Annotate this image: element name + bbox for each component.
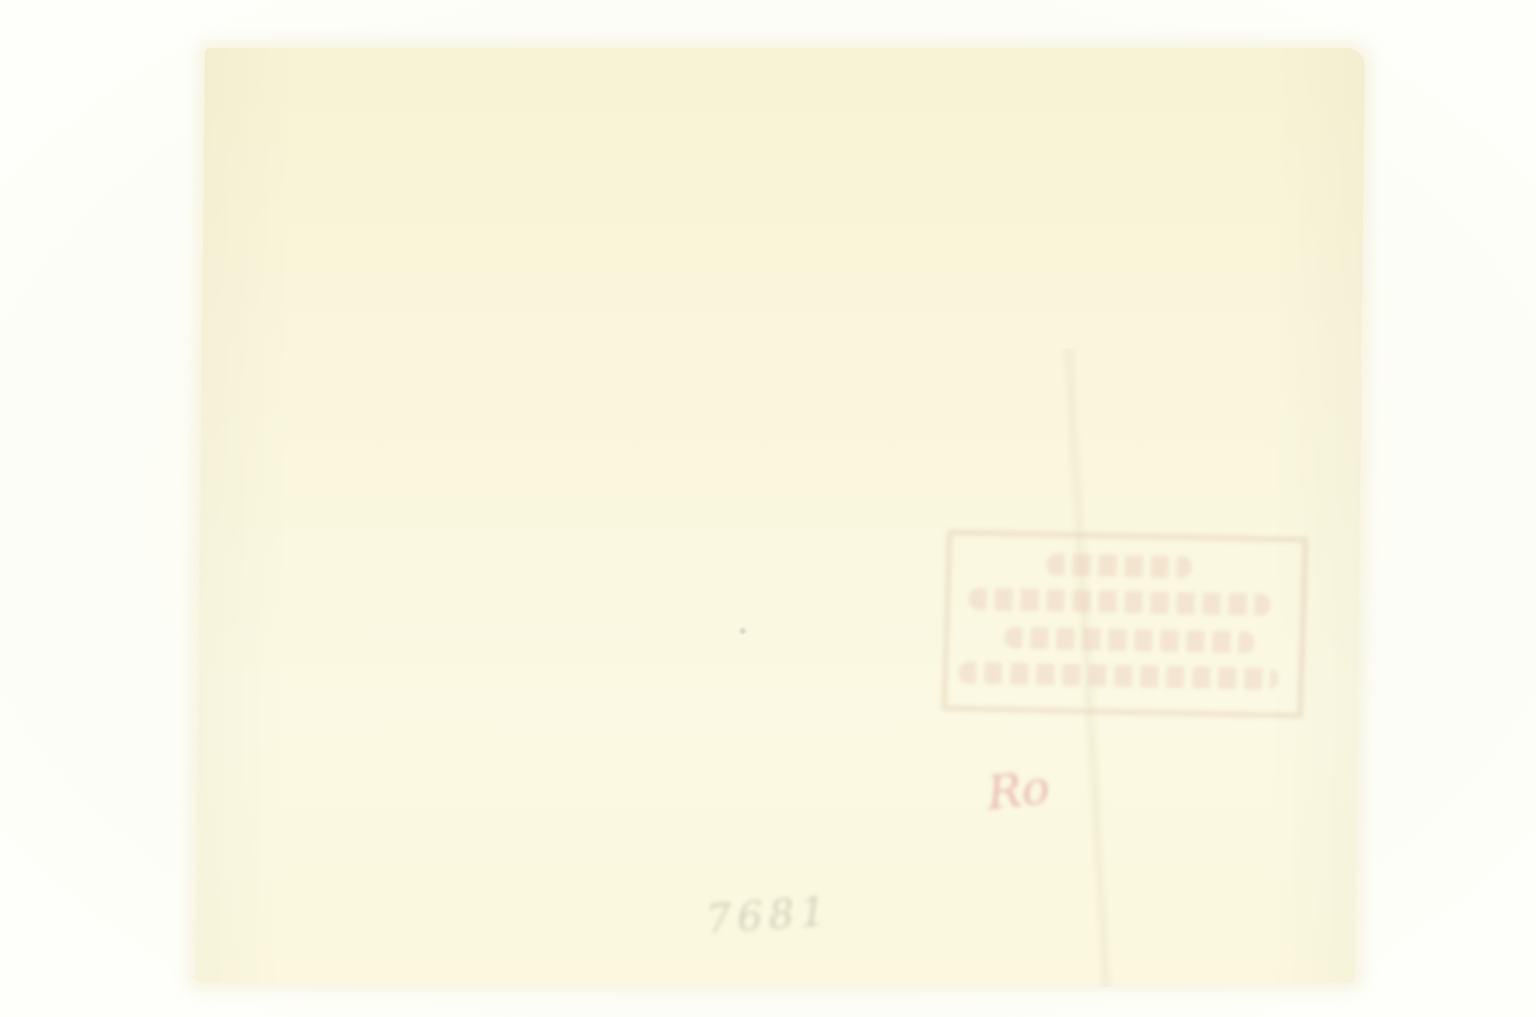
handwritten-signature: Ro bbox=[985, 760, 1052, 820]
stamp-line bbox=[1046, 553, 1192, 578]
stamp-line bbox=[1004, 626, 1255, 653]
stamp-line bbox=[958, 662, 1279, 691]
ink-speck bbox=[740, 628, 746, 634]
handwritten-catalog-number: 7681 bbox=[705, 889, 833, 944]
photographer-stamp bbox=[941, 529, 1309, 719]
stamp-line bbox=[968, 588, 1271, 616]
paper-crease bbox=[1059, 348, 1115, 988]
photo-print-back: Ro 7681 bbox=[195, 48, 1365, 983]
